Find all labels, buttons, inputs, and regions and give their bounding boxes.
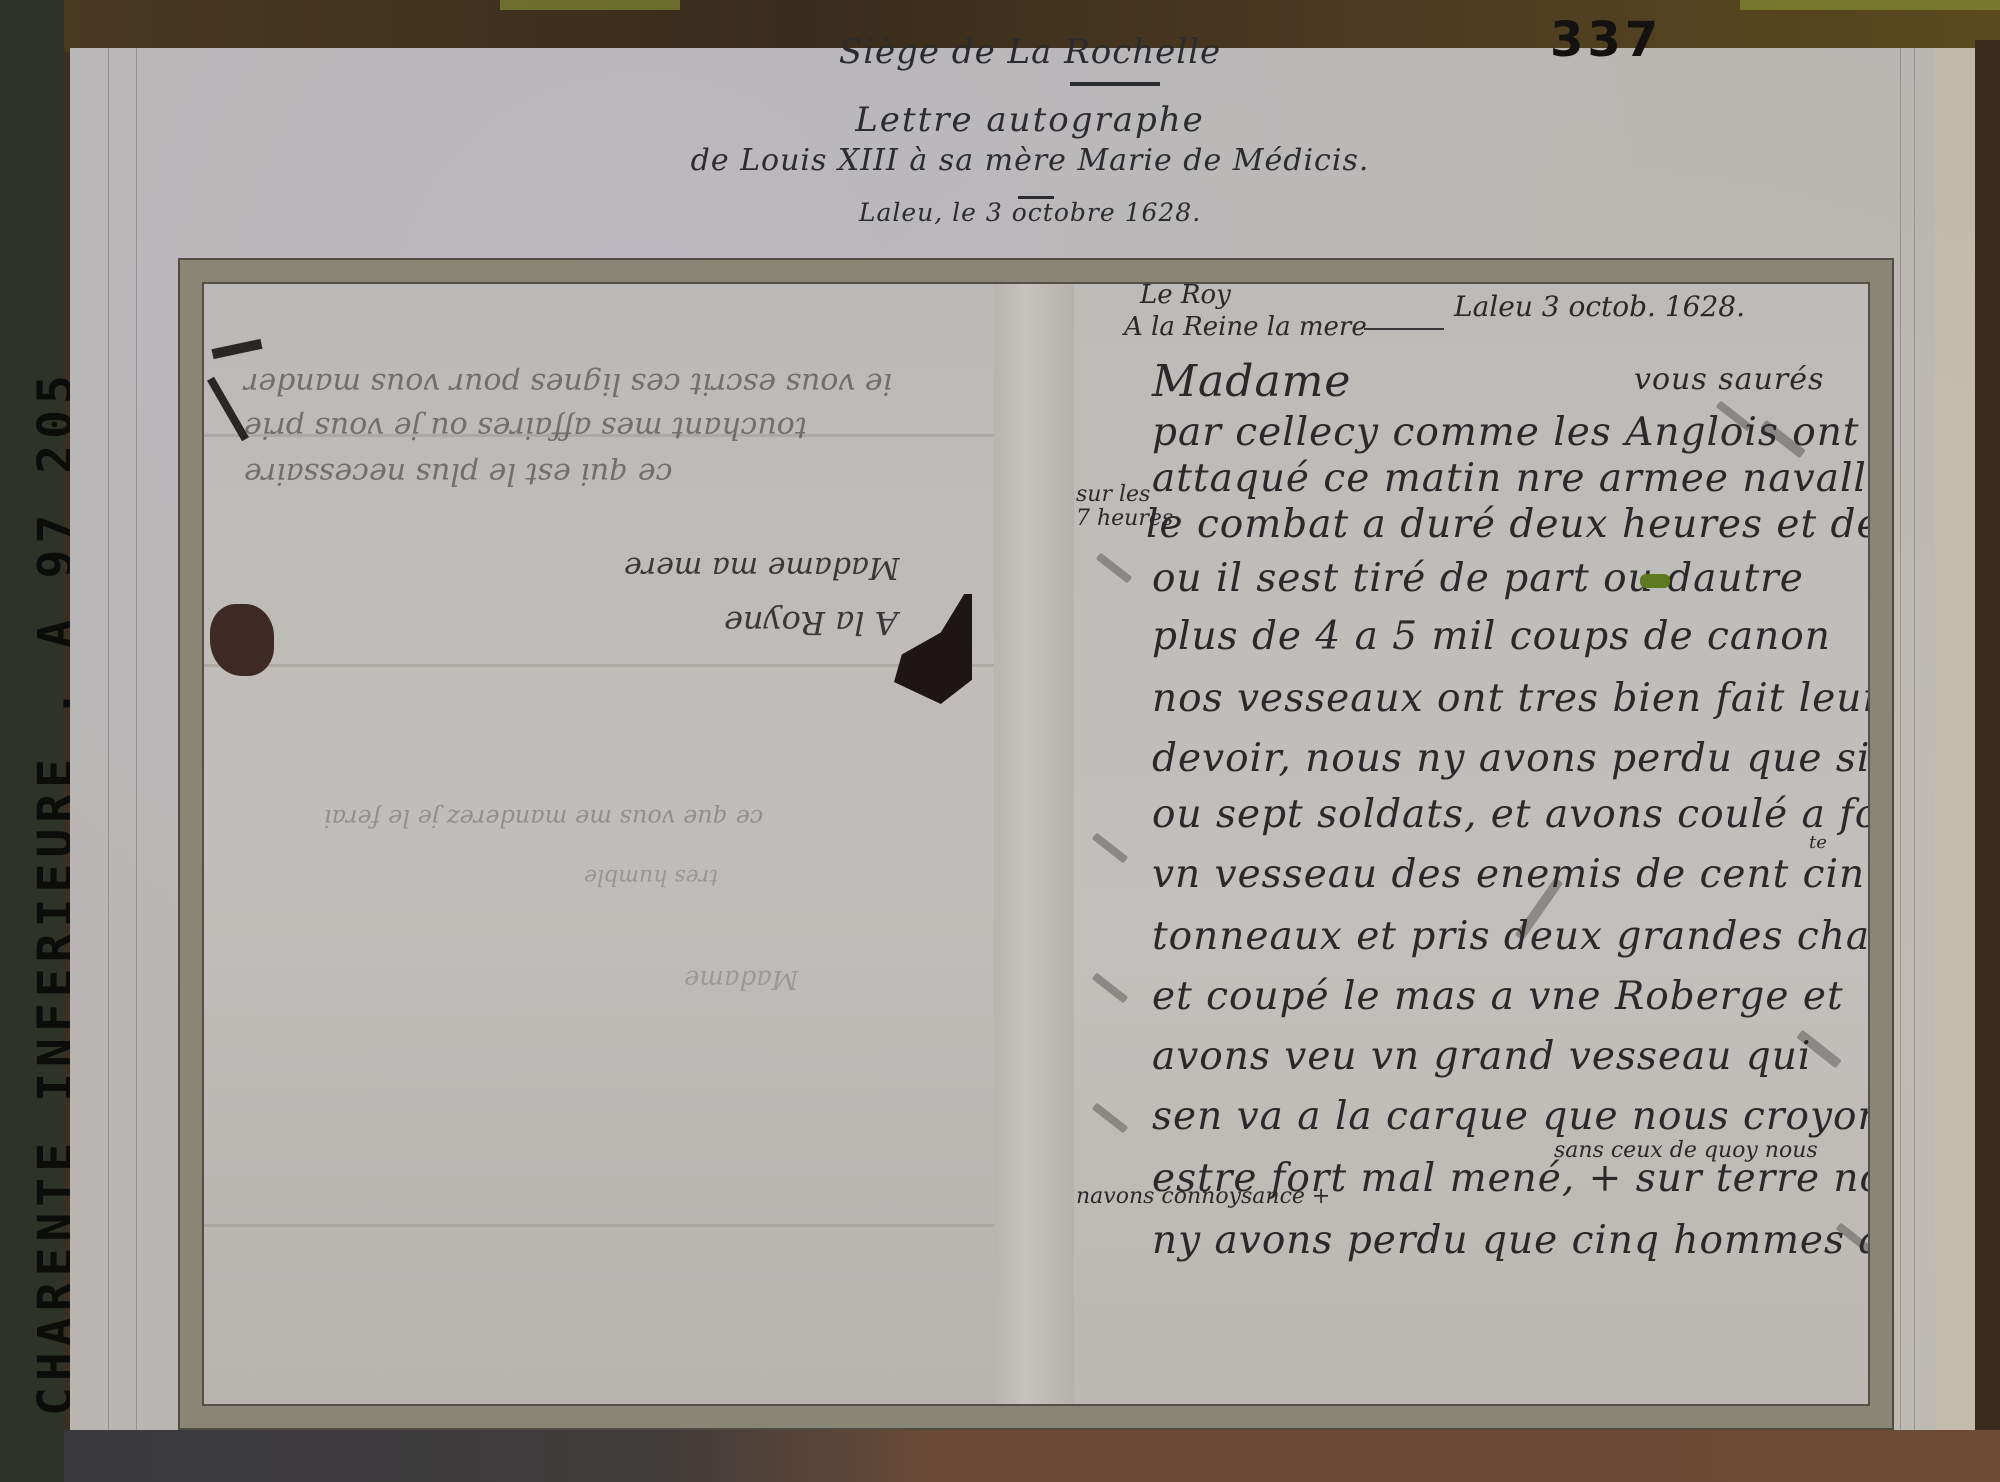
letter-dateline: Laleu 3 octob. 1628. <box>1454 290 1745 323</box>
letter-line: tonneaux et pris deux grandes chalou- <box>1152 914 1870 959</box>
passe-partout-frame: ie vous escrit ces lignes pour vous mand… <box>178 258 1894 1430</box>
mount-edge <box>1935 48 1975 1430</box>
letter-line: et coupé le mas a vne Roberge et <box>1152 974 1844 1019</box>
address-line: A la Royne <box>724 604 898 642</box>
bleed-through-line: ce qui est le plus necessaire <box>244 456 672 491</box>
photo-bottom-border <box>64 1430 2000 1482</box>
paper-crease <box>204 1224 994 1227</box>
address-line: Madame ma mere <box>624 550 900 585</box>
ink-bleed <box>1096 553 1132 584</box>
mount-rule <box>108 48 109 1430</box>
letter-page: Le Roy A la Reine la mere Laleu 3 octob.… <box>1074 284 1868 1404</box>
ink-stroke <box>212 339 263 359</box>
verso-page: ie vous escrit ces lignes pour vous mand… <box>204 284 994 1404</box>
center-fold <box>994 284 1074 1404</box>
letter-line: plus de 4 a 5 mil coups de canon <box>1152 614 1831 659</box>
bleed-through-line: Madame <box>684 964 798 994</box>
wax-seal-fragment <box>894 594 972 704</box>
bleed-through-line: tres humble <box>584 864 718 889</box>
ink-bleed <box>1092 833 1128 864</box>
ink-stroke <box>207 377 249 442</box>
archive-label-strip: CHARENTE INFERIEURE . A 97 205 <box>0 0 64 1482</box>
caption-divider <box>1070 82 1160 86</box>
ink-bleed <box>1092 1103 1128 1134</box>
letter-line: devoir, nous ny avons perdu que six <box>1152 736 1870 781</box>
bleed-through-line: touchant mes affaires ou je vous prie <box>244 410 807 445</box>
letter-line: le combat a duré deux heures et demie <box>1146 502 1870 547</box>
mount-rule <box>136 48 137 1430</box>
border-tint <box>1740 0 2000 10</box>
letter-line: attaqué ce matin nre armee navalle <box>1152 456 1870 501</box>
photo-right-border <box>1975 40 2000 1482</box>
ink-bleed <box>1092 973 1128 1004</box>
superscript: te <box>1809 832 1827 853</box>
letter-line: ny avons perdu que cinq hommes ayant <box>1152 1218 1870 1263</box>
paper-crease <box>204 664 994 667</box>
debris-speck <box>1640 574 1670 588</box>
insert-continuation: navons connoysance + <box>1076 1184 1330 1209</box>
caption-heading: Siège de La Rochelle <box>70 32 1990 72</box>
letter-line: ou il sest tiré de part ou dautre <box>1152 556 1804 601</box>
letter-line: nos vesseaux ont tres bien fait leur <box>1152 676 1870 721</box>
letter-line: avons veu vn grand vesseau qui <box>1152 1034 1811 1079</box>
letter-sender: Le Roy <box>1140 282 1231 310</box>
letter-salutation-cont: vous saurés <box>1634 362 1824 397</box>
mount-rule <box>1914 48 1915 1430</box>
caption-subtitle: de Louis XIII à sa mère Marie de Médicis… <box>70 143 1990 178</box>
letter-line: ou sept soldats, et avons coulé a fons <box>1152 792 1870 837</box>
header-dash <box>1364 328 1444 330</box>
letter-line: sen va a la carque que nous croyons <box>1152 1094 1870 1139</box>
caption-title: Lettre autographe <box>70 100 1990 140</box>
folio-number: 337 <box>1550 12 1662 68</box>
bleed-through-line: ie vous escrit ces lignes pour vous mand… <box>244 366 892 401</box>
letter-line: par cellecy comme les Anglois ont <box>1152 410 1860 455</box>
letter-recipient: A la Reine la mere <box>1124 312 1367 342</box>
wax-seal <box>210 604 274 676</box>
letter-line: vn vesseau des enemis de cent cinquante <box>1152 852 1870 897</box>
bleed-through-line: ce que vous me manderez je le ferai <box>324 804 763 832</box>
caption-place-date: Laleu, le 3 octobre 1628. <box>70 198 1990 227</box>
letter-sheet: ie vous escrit ces lignes pour vous mand… <box>202 282 1870 1406</box>
border-tint <box>500 0 680 10</box>
letter-salutation: Madame <box>1152 356 1351 407</box>
margin-note: sur les <box>1076 482 1150 507</box>
mount-rule <box>1900 48 1901 1430</box>
